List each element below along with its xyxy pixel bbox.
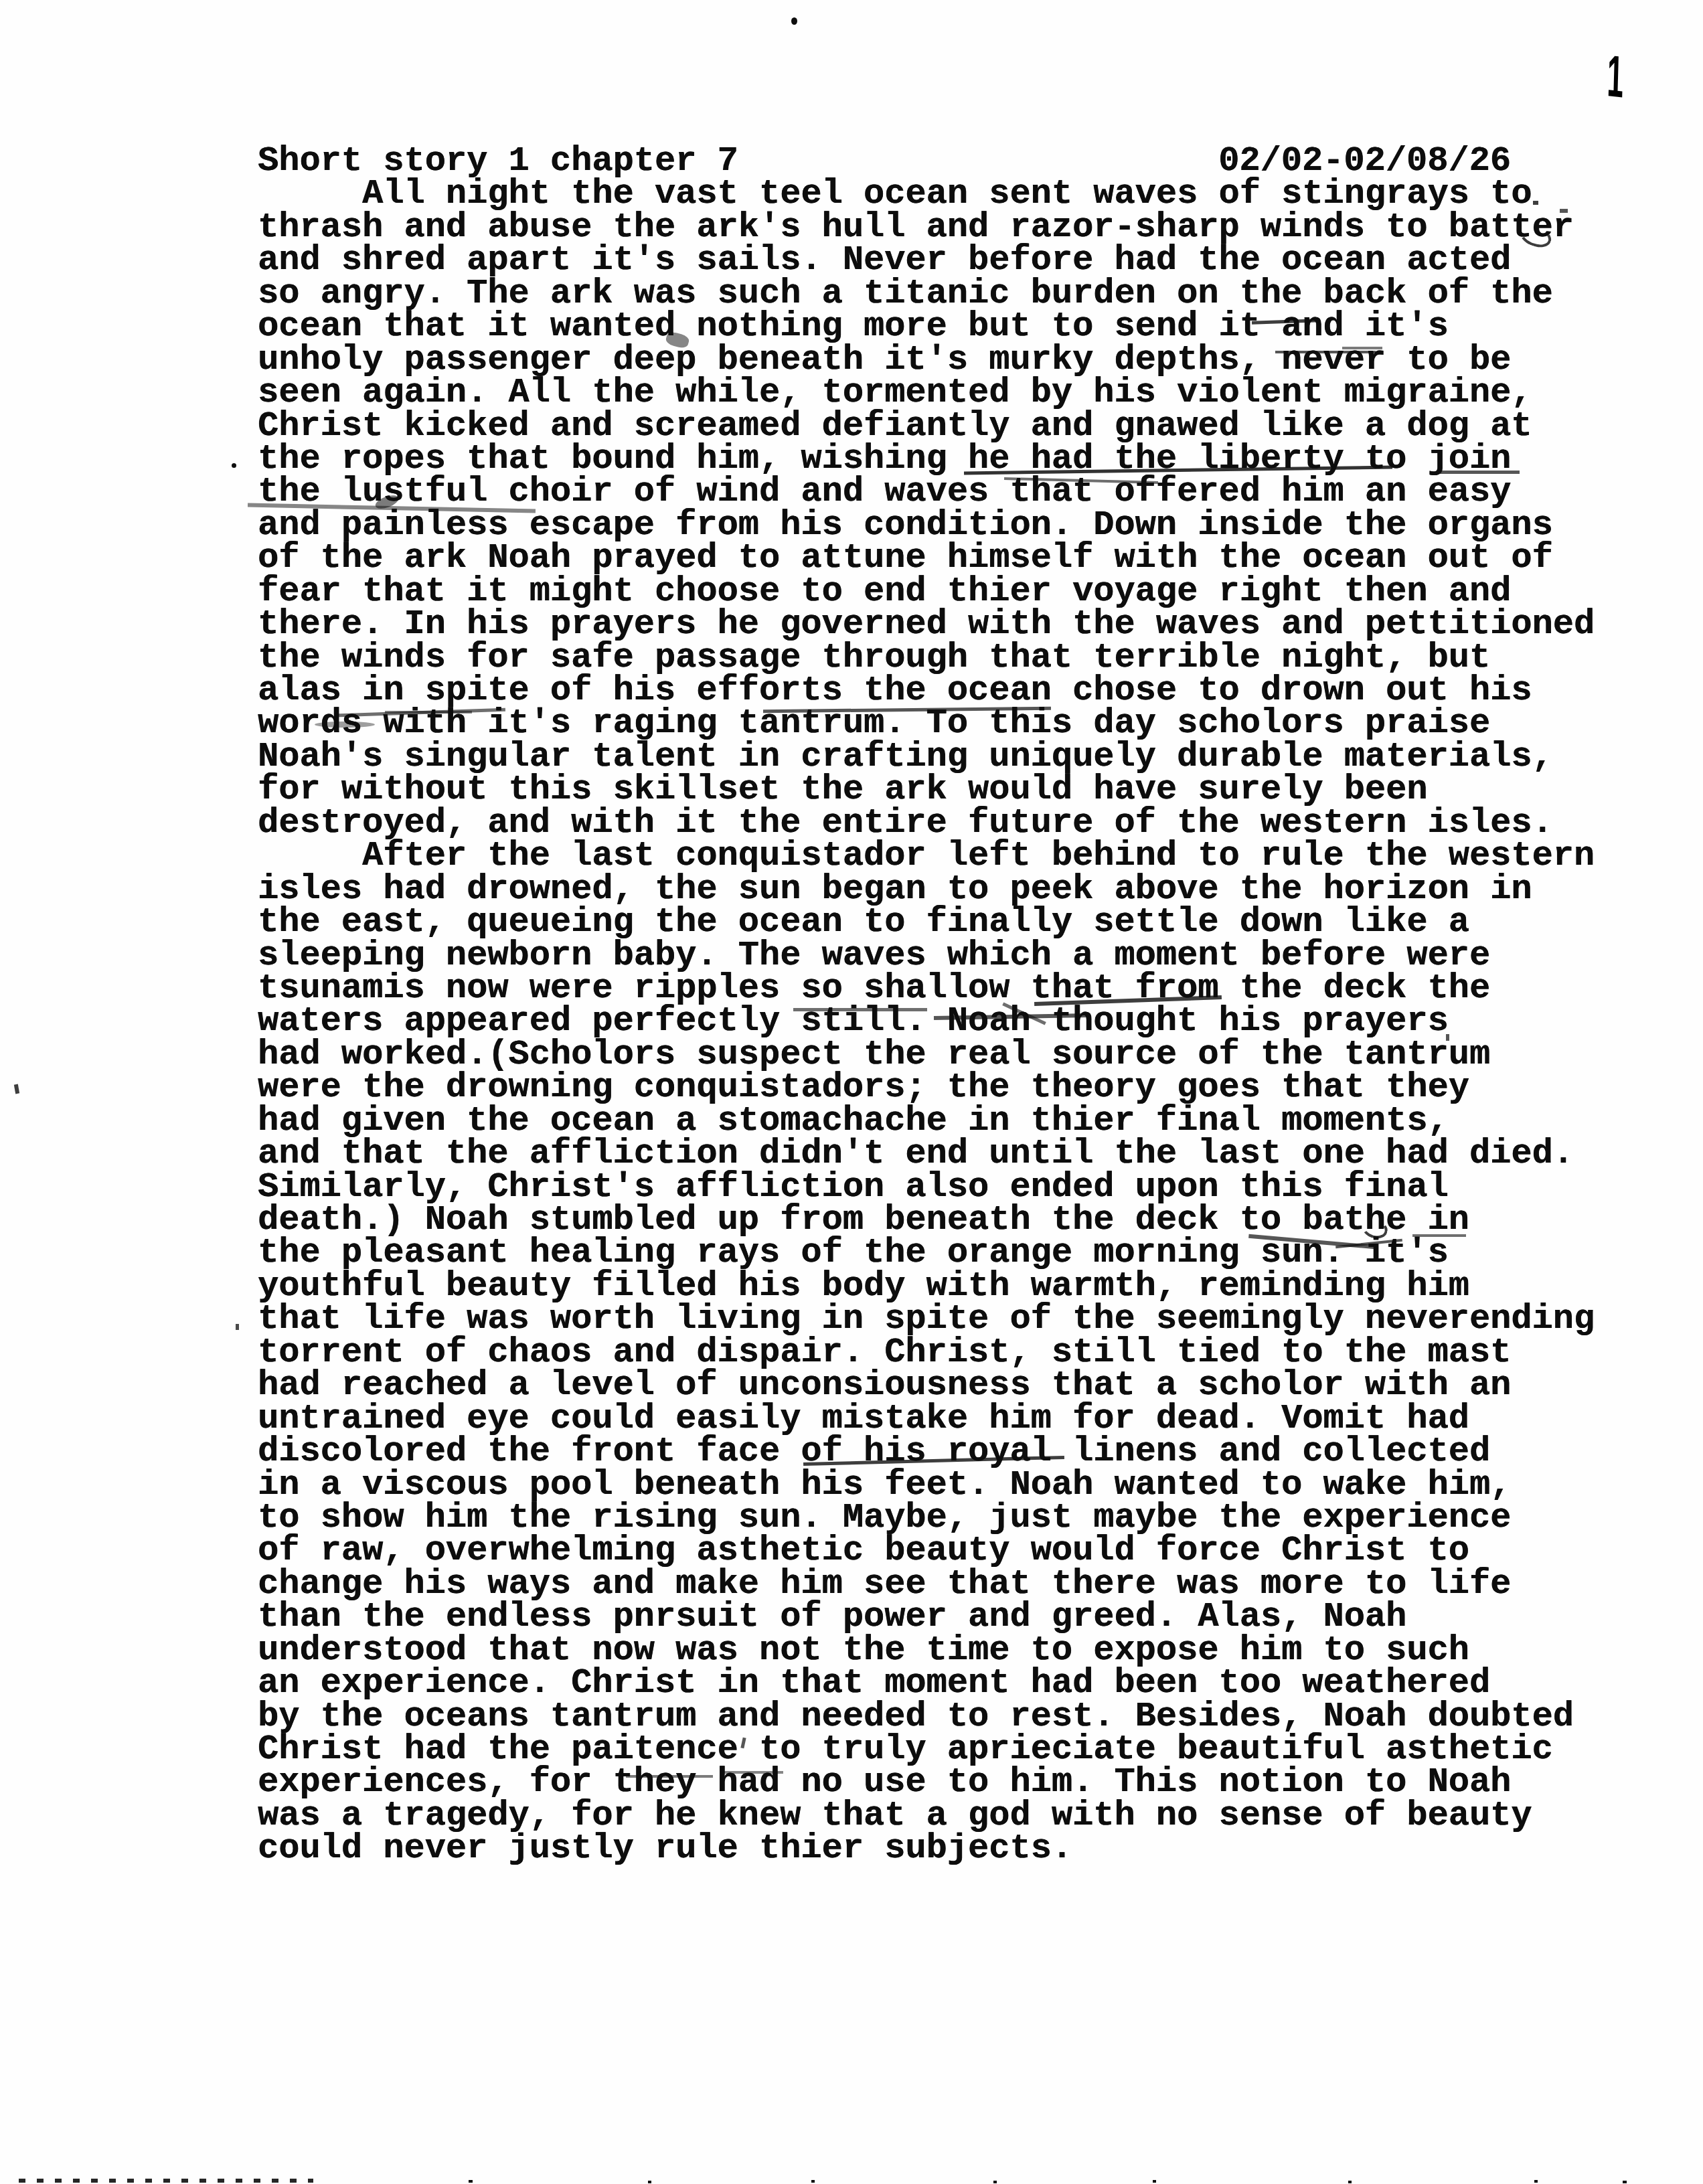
text-line: the lustful choir of wind and waves that…	[258, 475, 1511, 508]
ink-smudge	[315, 722, 375, 728]
text-line: that life was worth living in spite of t…	[258, 1303, 1511, 1335]
text-line: death.) Noah stumbled up from beneath th…	[258, 1203, 1511, 1236]
text-line: for without this skillset the ark would …	[258, 773, 1511, 806]
text-line: of raw, overwhelming asthetic beauty wou…	[258, 1534, 1511, 1567]
text-line: the east, queueing the ocean to finally …	[258, 906, 1511, 938]
scan-speck	[791, 17, 797, 25]
text-line: untrained eye could easily mistake him f…	[258, 1402, 1511, 1435]
document-header: Short story 1 chapter 7 02/02-02/08/26	[258, 145, 1511, 177]
scan-speck	[1560, 209, 1568, 213]
story-body: All night the vast teel ocean sent waves…	[258, 177, 1511, 1865]
text-line: in a viscous pool beneath his feet. Noah…	[258, 1468, 1511, 1501]
text-line: and painless escape from his condition. …	[258, 509, 1511, 541]
text-line: Christ had the paitence to truly aprieci…	[258, 1733, 1511, 1766]
text-line: ocean that it wanted nothing more but to…	[258, 310, 1511, 343]
text-line: change his ways and make him see that th…	[258, 1568, 1511, 1600]
overstrike-mark	[1412, 1234, 1466, 1237]
scan-speck	[14, 1084, 19, 1094]
text-line: had given the ocean a stomachache in thi…	[258, 1104, 1511, 1137]
scan-speck	[236, 1324, 239, 1330]
text-line: had worked.(Scholors suspect the real so…	[258, 1038, 1511, 1071]
overstrike-mark	[1342, 347, 1382, 349]
text-line: had reached a level of unconsiousness th…	[258, 1369, 1511, 1402]
text-line: isles had drowned, the sun began to peek…	[258, 873, 1511, 906]
text-line: After the last conquistador left behind …	[258, 839, 1511, 872]
scan-speck	[1534, 2180, 1538, 2183]
scan-speck	[993, 2181, 997, 2183]
text-line: there. In his prayers he governed with t…	[258, 608, 1511, 641]
text-line: Christ kicked and screamed defiantly and…	[258, 410, 1511, 442]
text-line: by the oceans tantrum and needed to rest…	[258, 1700, 1511, 1733]
text-line: could never justly rule thier subjects.	[258, 1832, 1511, 1865]
typewritten-page: 1 Short story 1 chapter 7 02/02-02/08/26…	[0, 0, 1703, 2184]
text-line: seen again. All the while, tormented by …	[258, 376, 1511, 409]
scan-speck	[1153, 2180, 1156, 2183]
text-line: experiences, for they had no use to him.…	[258, 1766, 1511, 1798]
text-line: thrash and abuse the ark's hull and razo…	[258, 211, 1511, 244]
scan-speck	[811, 2180, 815, 2183]
text-line: destroyed, and with it the entire future…	[258, 807, 1511, 839]
cut-off-text-fragments	[19, 2179, 313, 2183]
text-line: an experience. Christ in that moment had…	[258, 1667, 1511, 1699]
text-line: Noah's singular talent in crafting uniqu…	[258, 740, 1511, 773]
scan-speck	[648, 2181, 651, 2183]
doc-title: Short story 1 chapter 7	[258, 145, 738, 177]
scan-speck	[1446, 1034, 1449, 1041]
document-text: Short story 1 chapter 7 02/02-02/08/26 A…	[258, 145, 1511, 1865]
overstrike-mark	[385, 711, 472, 713]
text-line: and that the affliction didn't end until…	[258, 1137, 1511, 1170]
page-number: 1	[1606, 41, 1624, 111]
text-line: unholy passenger deep beneath it's murky…	[258, 343, 1511, 376]
doc-date: 02/02-02/08/26	[1218, 145, 1511, 177]
overstrike-mark	[1275, 351, 1376, 353]
text-line: alas in spite of his efforts the ocean c…	[258, 674, 1511, 707]
scan-speck	[1348, 2181, 1352, 2183]
text-line: than the endless pnrsuit of power and gr…	[258, 1600, 1511, 1633]
text-line: torrent of chaos and dispair. Christ, st…	[258, 1336, 1511, 1369]
text-line: sleeping newborn baby. The waves which a…	[258, 939, 1511, 972]
text-line: so angry. The ark was such a titanic bur…	[258, 277, 1511, 310]
text-line: was a tragedy, for he knew that a god wi…	[258, 1799, 1511, 1832]
text-line: fear that it might choose to end thier v…	[258, 575, 1511, 608]
text-line: youthful beauty filled his body with war…	[258, 1270, 1511, 1303]
text-line: tsunamis now were ripples so shallow tha…	[258, 972, 1511, 1005]
scan-speck	[469, 2180, 473, 2183]
scan-speck	[1533, 201, 1538, 205]
text-line: of the ark Noah prayed to attune himself…	[258, 541, 1511, 574]
overstrike-mark	[723, 1771, 783, 1774]
text-line: the winds for safe passage through that …	[258, 641, 1511, 674]
scan-speck	[1623, 2181, 1627, 2183]
text-line: understood that now was not the time to …	[258, 1634, 1511, 1667]
scan-speck	[232, 463, 236, 468]
text-line: All night the vast teel ocean sent waves…	[258, 177, 1511, 210]
overstrike-mark	[626, 1775, 713, 1778]
overstrike-mark	[793, 1008, 927, 1011]
text-line: Similarly, Christ's affliction also ende…	[258, 1171, 1511, 1203]
overstrike-mark	[1439, 471, 1520, 474]
text-line: the ropes that bound him, wishing he had…	[258, 442, 1511, 475]
text-line: were the drowning conquistadors; the the…	[258, 1071, 1511, 1104]
text-line: and shred apart it's sails. Never before…	[258, 244, 1511, 276]
text-line: to show him the rising sun. Maybe, just …	[258, 1501, 1511, 1534]
